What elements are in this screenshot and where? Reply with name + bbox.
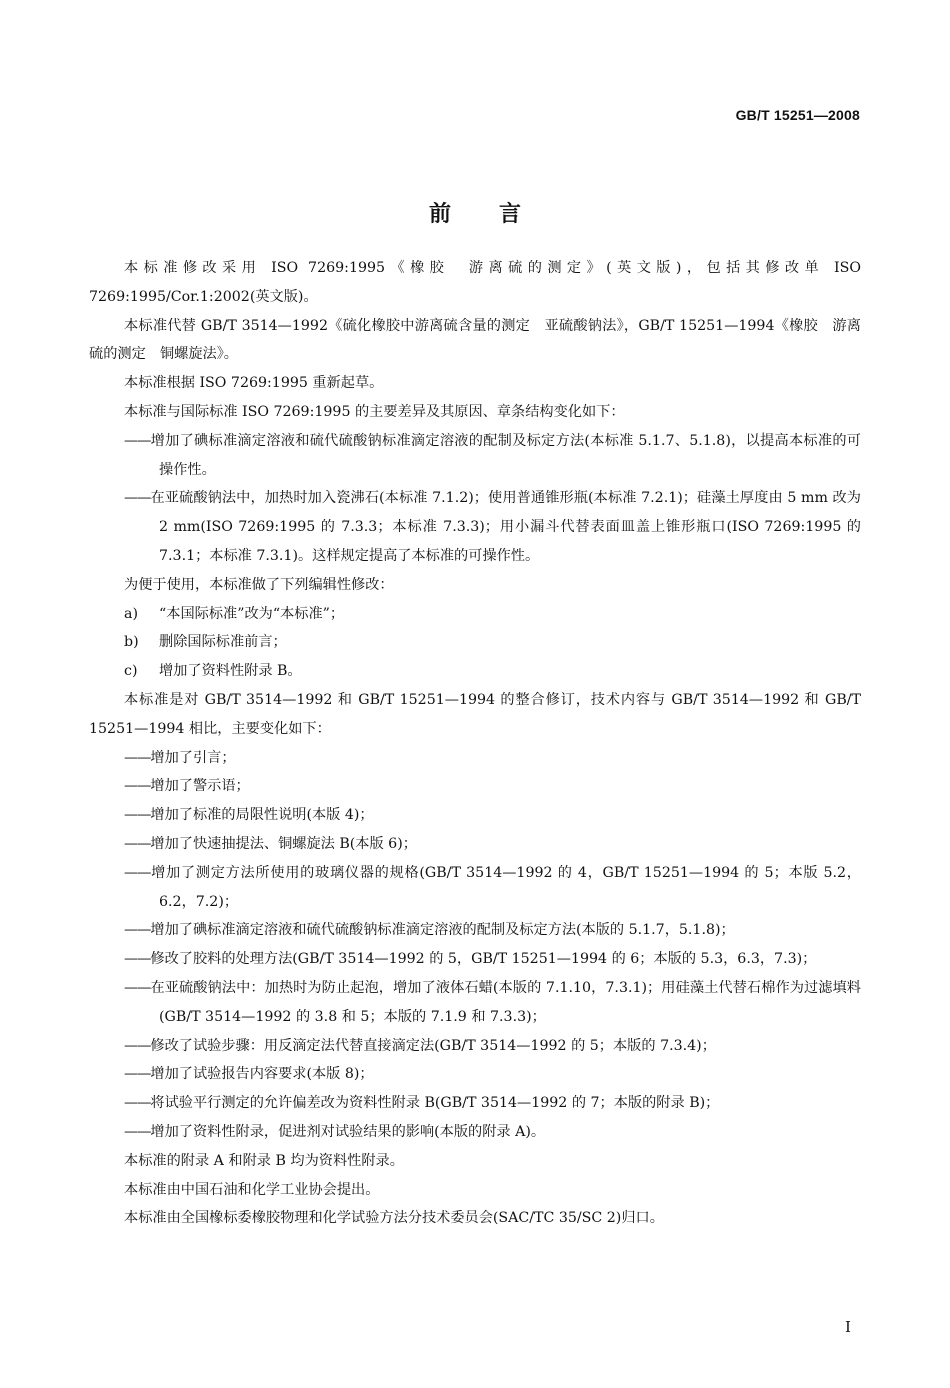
- paragraph: 本标准与国际标准 ISO 7269:1995 的主要差异及其原因、章条结构变化如…: [89, 398, 861, 427]
- item-label: c): [124, 657, 159, 686]
- difference-item: 增加了碘标准滴定溶液和硫代硫酸钠标准滴定溶液的配制及标定方法(本标准 5.1.7…: [124, 427, 861, 485]
- editorial-item: c)增加了资料性附录 B。: [124, 657, 861, 686]
- paragraph: 本标准修改采用 ISO 7269:1995《橡胶 游离硫的测定》(英文版)，包括…: [89, 254, 861, 312]
- item-label: b): [124, 628, 159, 657]
- item-text: 增加了资料性附录 B。: [159, 663, 302, 679]
- change-item: 在亚硫酸钠法中：加热时为防止起泡，增加了液体石蜡(本版的 7.1.10，7.3.…: [124, 974, 861, 1032]
- change-item: 将试验平行测定的允许偏差改为资料性附录 B(GB/T 3514—1992 的 7…: [124, 1089, 861, 1118]
- change-item: 增加了引言；: [124, 744, 861, 773]
- change-item: 增加了试验报告内容要求(本版 8)；: [124, 1060, 861, 1089]
- paragraph: 本标准由全国橡标委橡胶物理和化学试验方法分技术委员会(SAC/TC 35/SC …: [89, 1204, 861, 1233]
- change-item: 修改了胶料的处理方法(GB/T 3514—1992 的 5，GB/T 15251…: [124, 945, 861, 974]
- change-item: 增加了标准的局限性说明(本版 4)；: [124, 801, 861, 830]
- item-label: a): [124, 600, 159, 629]
- change-item: 增加了测定方法所使用的玻璃仪器的规格(GB/T 3514—1992 的 4，GB…: [124, 859, 861, 917]
- editorial-item: a)“本国际标准”改为“本标准”；: [124, 600, 861, 629]
- paragraph: 本标准代替 GB/T 3514—1992《硫化橡胶中游离硫含量的测定 亚硫酸钠法…: [89, 312, 861, 370]
- paragraph: 本标准是对 GB/T 3514—1992 和 GB/T 15251—1994 的…: [89, 686, 861, 744]
- page-title: 前言: [0, 197, 950, 228]
- standard-code: GB/T 15251—2008: [736, 107, 860, 123]
- paragraph: 本标准根据 ISO 7269:1995 重新起草。: [89, 369, 861, 398]
- change-item: 增加了碘标准滴定溶液和硫代硫酸钠标准滴定溶液的配制及标定方法(本版的 5.1.7…: [124, 916, 861, 945]
- change-item: 修改了试验步骤：用反滴定法代替直接滴定法(GB/T 3514—1992 的 5；…: [124, 1032, 861, 1061]
- paragraph: 本标准的附录 A 和附录 B 均为资料性附录。: [89, 1147, 861, 1176]
- paragraph: 本标准由中国石油和化学工业协会提出。: [89, 1176, 861, 1205]
- item-text: “本国际标准”改为“本标准”；: [159, 606, 344, 622]
- change-item: 增加了警示语；: [124, 772, 861, 801]
- change-item: 增加了快速抽提法、铜螺旋法 B(本版 6)；: [124, 830, 861, 859]
- page-number: I: [845, 1318, 851, 1336]
- foreword-body: 本标准修改采用 ISO 7269:1995《橡胶 游离硫的测定》(英文版)，包括…: [89, 254, 861, 1233]
- editorial-item: b)删除国际标准前言；: [124, 628, 861, 657]
- change-item: 增加了资料性附录，促进剂对试验结果的影响(本版的附录 A)。: [124, 1118, 861, 1147]
- paragraph: 为便于使用，本标准做了下列编辑性修改：: [89, 571, 861, 600]
- item-text: 删除国际标准前言；: [159, 634, 287, 650]
- difference-item: 在亚硫酸钠法中，加热时加入瓷沸石(本标准 7.1.2)；使用普通锥形瓶(本标准 …: [124, 484, 861, 570]
